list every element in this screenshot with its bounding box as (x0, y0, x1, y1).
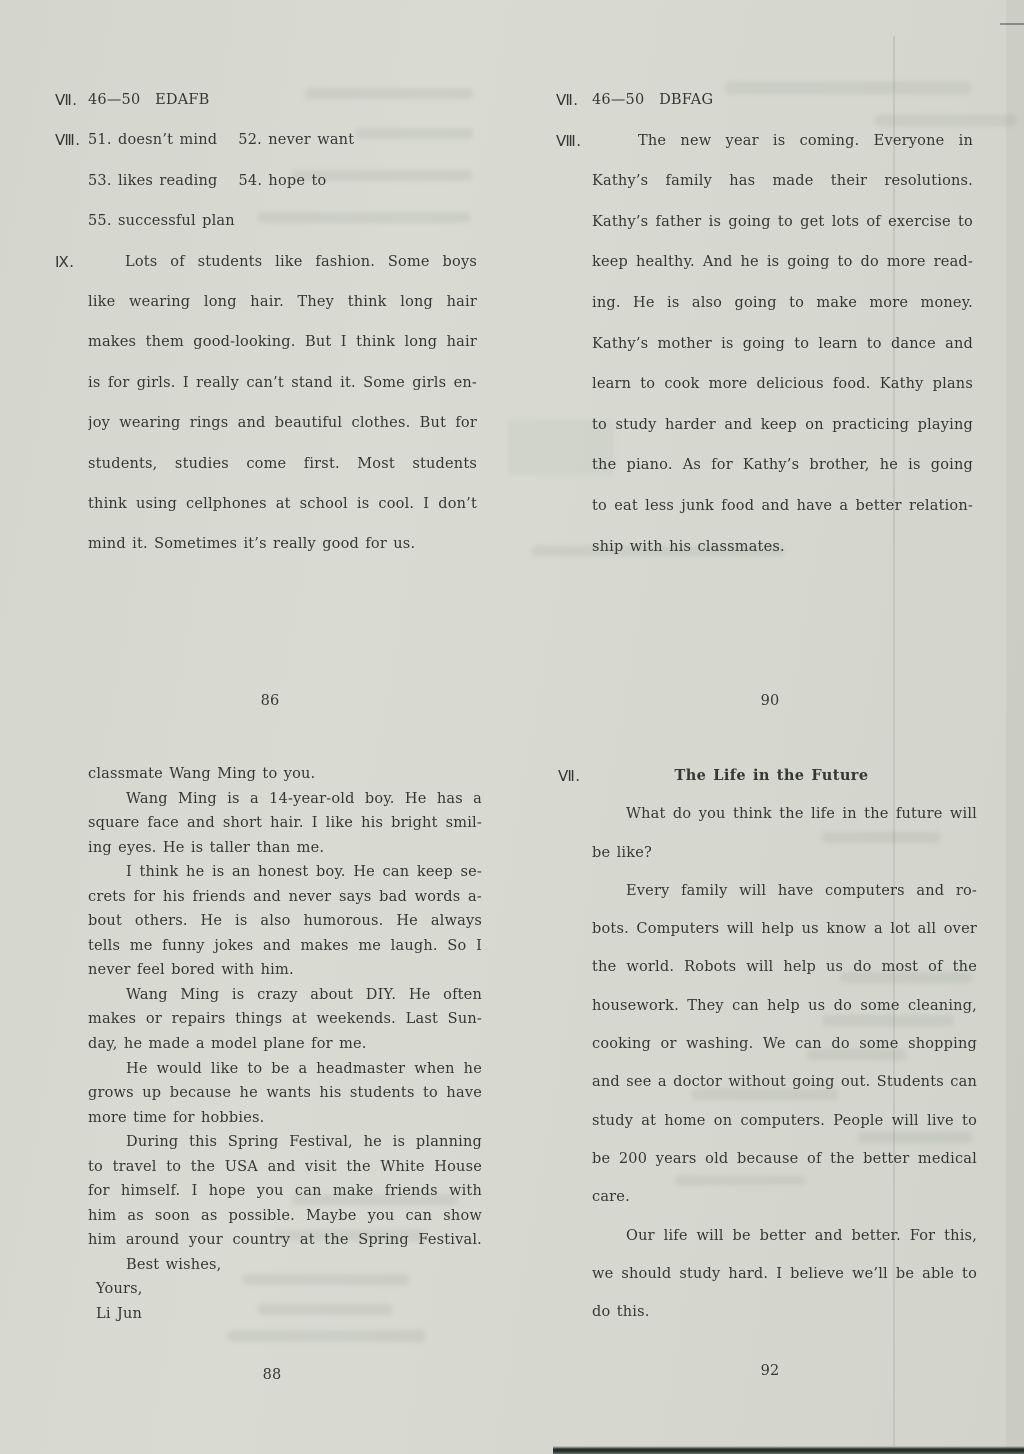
passage-line: and see a doctor without going out. Stud… (592, 1063, 977, 1101)
passage-line: think using cellphones at school is cool… (88, 484, 477, 524)
scanned-answer-page: Ⅶ. Ⅷ. Ⅸ. Ⅶ. Ⅷ. Ⅶ. 46—50 EDAFB 51. doesn’… (0, 0, 1024, 1454)
passage-line: do this. (592, 1293, 977, 1331)
passage-line: care. (592, 1178, 977, 1216)
passage-line: makes them good-looking. But I think lon… (88, 322, 477, 362)
passage-line: day, he made a model plane for me. (88, 1032, 482, 1057)
answer-line: 46—50 EDAFB (88, 80, 477, 120)
passage-line: grows up because he wants his students t… (88, 1081, 482, 1106)
passage-line: He would like to be a headmaster when he (88, 1057, 482, 1082)
passage-line: students, studies come first. Most stude… (88, 444, 477, 484)
passage-line: to study harder and keep on practicing p… (592, 405, 973, 446)
passage-line: him around your country at the Spring Fe… (88, 1228, 482, 1253)
passage-line: be like? (592, 834, 977, 872)
page-edge-shading (1006, 0, 1024, 1454)
passage-line: ing eyes. He is taller than me. (88, 836, 482, 861)
passage-line: makes or repairs things at weekends. Las… (88, 1007, 482, 1032)
passage-line: ship with his classmates. (592, 527, 973, 568)
passage-line: keep healthy. And he is going to do more… (592, 242, 973, 283)
passage-line: bots. Computers will help us know a lot … (592, 910, 977, 948)
passage-line: joy wearing rings and beautiful clothes.… (88, 403, 477, 443)
passage-line: The new year is coming. Everyone in (592, 121, 973, 162)
passage-line: study at home on computers. People will … (592, 1102, 977, 1140)
section-numeral-7-left: Ⅶ. (55, 80, 78, 120)
section-numeral-7-right: Ⅶ. (556, 80, 579, 121)
left-bottom-column: classmate Wang Ming to you. Wang Ming is… (88, 762, 482, 1327)
passage-line: During this Spring Festival, he is plann… (88, 1130, 482, 1155)
passage-line: classmate Wang Ming to you. (88, 762, 482, 787)
passage-line: crets for his friends and never says bad… (88, 885, 482, 910)
passage-line: Wang Ming is crazy about DIY. He often (88, 983, 482, 1008)
passage-line: him as soon as possible. Maybe you can s… (88, 1204, 482, 1229)
passage-line: square face and short hair. I like his b… (88, 811, 482, 836)
passage-line: What do you think the life in the future… (592, 795, 977, 833)
right-top-column: 46—50 DBFAG The new year is coming. Ever… (592, 80, 973, 567)
passage-line: Kathy’s family has made their resolution… (592, 161, 973, 202)
passage-line: Our life will be better and better. For … (592, 1217, 977, 1255)
passage-line: never feel bored with him. (88, 958, 482, 983)
passage-line: bout others. He is also humorous. He alw… (88, 909, 482, 934)
passage-line: more time for hobbies. (88, 1106, 482, 1131)
right-bottom-column: The Life in the Future What do you think… (592, 757, 977, 1331)
passage-line: Kathy’s father is going to get lots of e… (592, 202, 973, 243)
passage-line: Kathy’s mother is going to learn to danc… (592, 324, 973, 365)
passage-line: the piano. As for Kathy’s brother, he is… (592, 445, 973, 486)
passage-line: cooking or washing. We can do some shopp… (592, 1025, 977, 1063)
letter-signoff: Yours, (88, 1277, 482, 1302)
passage-line: Every family will have computers and ro- (592, 872, 977, 910)
composition-title: The Life in the Future (592, 757, 977, 795)
passage-line: housework. They can help us do some clea… (592, 987, 977, 1025)
answer-line: 46—50 DBFAG (592, 80, 973, 121)
left-top-column: 46—50 EDAFB 51. doesn’t mind 52. never w… (88, 80, 477, 565)
passage-line: Wang Ming is a 14-year-old boy. He has a (88, 787, 482, 812)
answer-line: 51. doesn’t mind 52. never want (88, 120, 477, 160)
passage-line: ing. He is also going to make more money… (592, 283, 973, 324)
passage-line: I think he is an honest boy. He can keep… (88, 860, 482, 885)
section-numeral-8-left: Ⅷ. (55, 120, 81, 160)
scanner-edge-strip (553, 1446, 1024, 1454)
page-number: 92 (730, 1360, 810, 1382)
section-numeral-9-left: Ⅸ. (55, 242, 75, 282)
letter-closing: Best wishes, (88, 1253, 482, 1278)
passage-line: for himself. I hope you can make friends… (88, 1179, 482, 1204)
passage-line: Lots of students like fashion. Some boys (88, 242, 477, 282)
section-numeral-7-right-bottom: Ⅶ. (558, 757, 581, 795)
page-number: 90 (730, 690, 810, 712)
page-number: 86 (230, 690, 310, 712)
passage-line: is for girls. I really can’t stand it. S… (88, 363, 477, 403)
page-number: 88 (232, 1364, 312, 1386)
answer-line: 55. successful plan (88, 201, 477, 241)
passage-line: to eat less junk food and have a better … (592, 486, 973, 527)
passage-line: the world. Robots will help us do most o… (592, 948, 977, 986)
passage-line: tells me funny jokes and makes me laugh.… (88, 934, 482, 959)
passage-line: be 200 years old because of the better m… (592, 1140, 977, 1178)
answer-line: 53. likes reading 54. hope to (88, 161, 477, 201)
passage-line: learn to cook more delicious food. Kathy… (592, 364, 973, 405)
passage-line: like wearing long hair. They think long … (88, 282, 477, 322)
passage-line: we should study hard. I believe we’ll be… (592, 1255, 977, 1293)
passage-line: mind it. Sometimes it’s really good for … (88, 524, 477, 564)
letter-signature: Li Jun (88, 1302, 482, 1327)
section-numeral-8-right: Ⅷ. (556, 121, 582, 162)
bleed-through-smudge (228, 1330, 426, 1342)
passage-line: to travel to the USA and visit the White… (88, 1155, 482, 1180)
